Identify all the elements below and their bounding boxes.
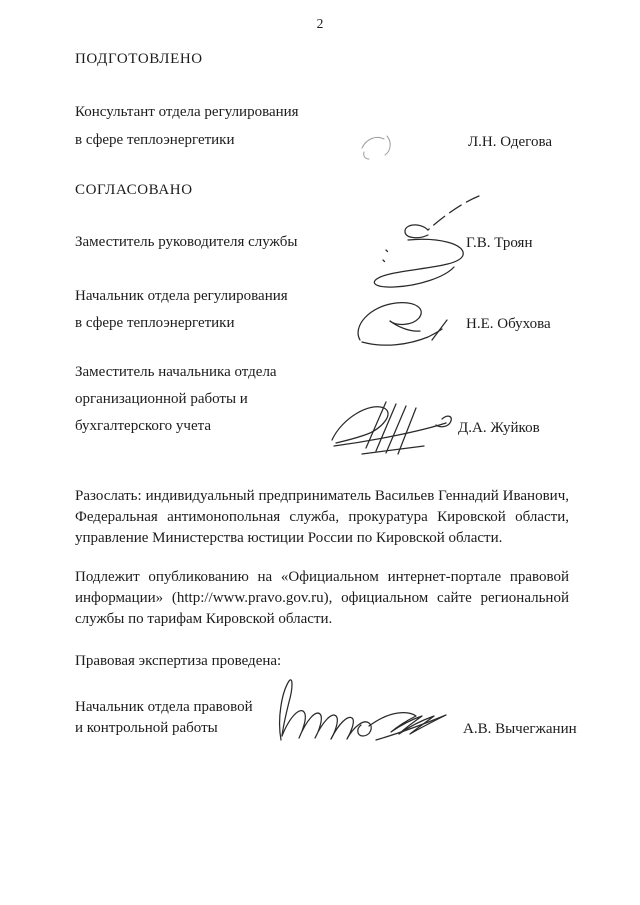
signature-vychegzhanin <box>248 676 453 753</box>
agreed-block-2-role-line-1: Начальник отдела регулирования <box>75 287 288 305</box>
agreed-block-2-signer-name: Н.Е. Обухова <box>466 315 551 333</box>
legal-review-heading: Правовая экспертиза проведена: <box>75 652 281 670</box>
legal-review-signer-name: А.В. Вычегжанин <box>463 720 577 738</box>
signature-obukhova <box>350 296 455 359</box>
agreed-block-1-signer-name: Г.В. Троян <box>466 234 532 252</box>
signature-zhuikov <box>326 396 466 463</box>
agreed-block-2-role-line-2: в сфере теплоэнергетики <box>75 314 235 332</box>
publication-paragraph: Подлежит опубликованию на «Официальном и… <box>75 567 569 630</box>
signature-odegova <box>356 130 426 170</box>
agreed-heading: СОГЛАСОВАНО <box>75 181 193 199</box>
legal-review-role-line-2: и контрольной работы <box>75 719 218 737</box>
agreed-block-3-role-line-3: бухгалтерского учета <box>75 417 211 435</box>
agreed-block-3-role-line-1: Заместитель начальника отдела <box>75 363 277 381</box>
agreed-block-1-role-line-1: Заместитель руководителя службы <box>75 233 297 251</box>
agreed-block-3-signer-name: Д.А. Жуйков <box>458 419 540 437</box>
agreed-block-3-role-line-2: организационной работы и <box>75 390 248 408</box>
prepared-signer-name: Л.Н. Одегова <box>468 133 552 151</box>
prepared-role-line-1: Консультант отдела регулирования <box>75 103 299 121</box>
page-number: 2 <box>0 16 640 32</box>
prepared-heading: ПОДГОТОВЛЕНО <box>75 50 203 68</box>
legal-review-role-line-1: Начальник отдела правовой <box>75 698 253 716</box>
signature-troyan <box>342 190 482 300</box>
prepared-role-line-2: в сфере теплоэнергетики <box>75 131 235 149</box>
document-page: 2 ПОДГОТОВЛЕНО Консультант отдела регули… <box>0 0 640 905</box>
distribution-paragraph: Разослать: индивидуальный предпринимател… <box>75 486 569 549</box>
